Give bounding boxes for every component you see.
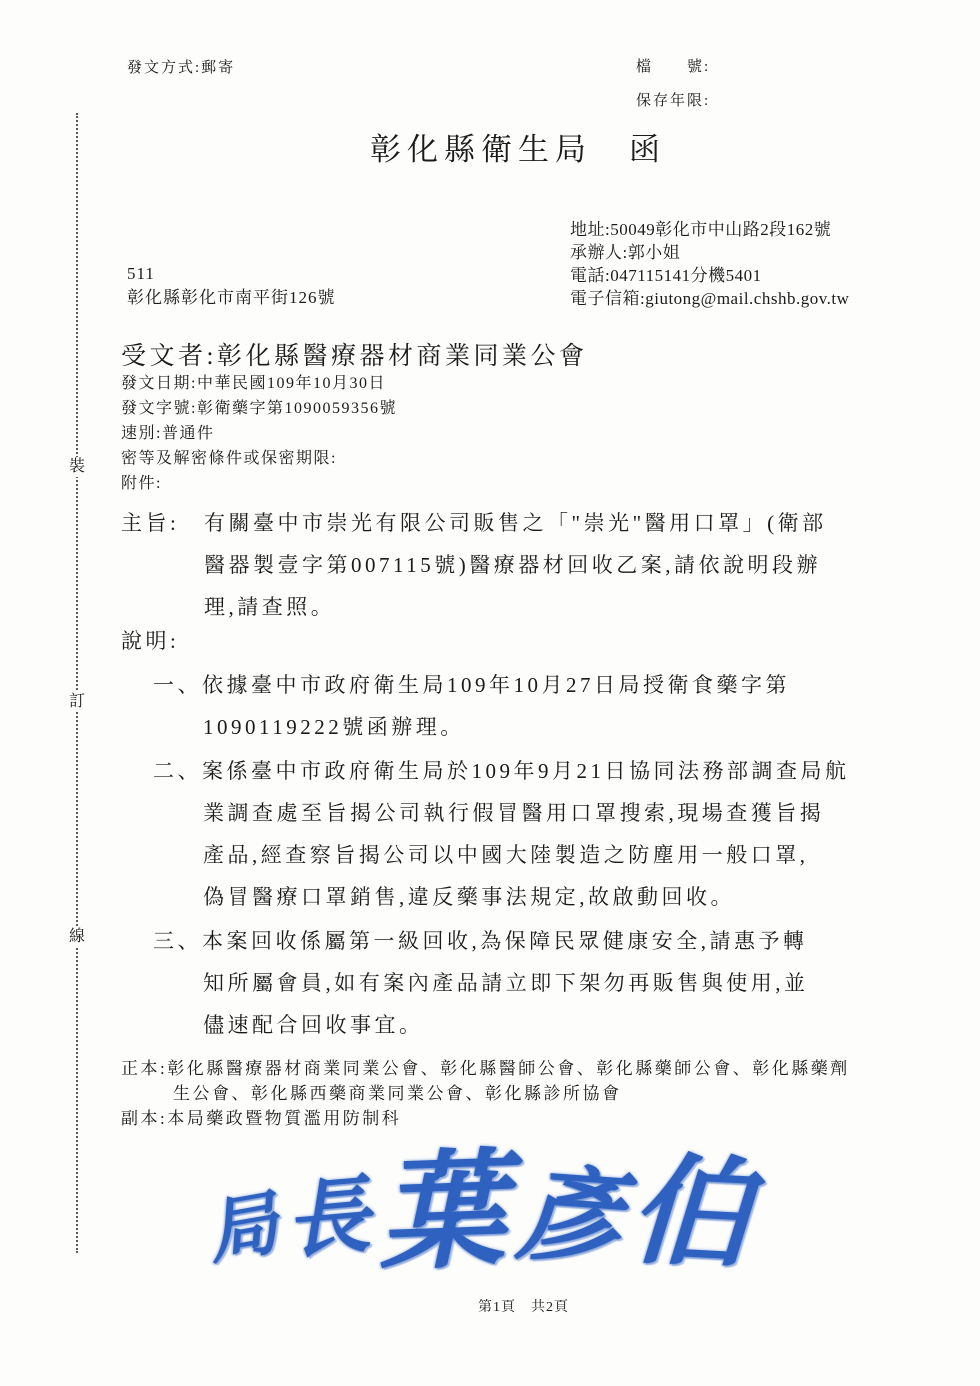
explanation-label: 說明:	[121, 620, 179, 662]
document-meta-block: 發文日期:中華民國109年10月30日 發文字號:彰衛藥字第1090059356…	[121, 371, 397, 496]
explanation-line: 1090119222號函辦理。	[203, 706, 893, 748]
original-copies-line: 正本:彰化縣醫療器材商業同業公會、彰化縣醫師公會、彰化縣藥師公會、彰化縣藥劑	[121, 1056, 850, 1081]
explanation-line: 三、本案回收係屬第一級回收,為保障民眾健康安全,請惠予轉	[153, 920, 893, 962]
signature-char: 長	[282, 1174, 373, 1265]
explanation-item-3: 三、本案回收係屬第一級回收,為保障民眾健康安全,請惠予轉 知所屬會員,如有案內產…	[153, 920, 893, 1046]
original-copies-line: 生公會、彰化縣西藥商業同業公會、彰化縣診所協會	[173, 1081, 850, 1106]
binding-dotted-line	[76, 113, 78, 1253]
signature-char: 局	[202, 1189, 283, 1270]
explanation-line: 二、案係臺中市政府衛生局於109年9月21日協同法務部調查局航	[153, 750, 893, 792]
explanation-line: 一、依據臺中市政府衛生局109年10月27日局授衛食藥字第	[153, 664, 893, 706]
explanation-line: 產品,經查察旨揭公司以中國大陸製造之防塵用一般口罩,	[203, 834, 893, 876]
issue-number: 發文字號:彰衛藥字第1090059356號	[121, 396, 397, 421]
explanation-item-2: 二、案係臺中市政府衛生局於109年9月21日協同法務部調查局航 業調查處至旨揭公…	[153, 750, 893, 918]
recipient-address-block: 511 彰化縣彰化市南平街126號	[127, 262, 336, 310]
subject-label: 主旨:	[121, 502, 179, 544]
subject-content: 有關臺中市崇光有限公司販售之「"崇光"醫用口罩」(衛部 醫器製壹字第007115…	[204, 502, 904, 628]
item-number: 一、	[153, 673, 202, 697]
binding-char-zhuang: 裝	[66, 457, 88, 477]
sender-address: 地址:50049彰化市中山路2段162號	[570, 218, 849, 241]
sender-contact-person: 承辦人:郭小姐	[570, 241, 849, 264]
signature-char: 彥	[512, 1162, 623, 1273]
explanation-line: 儘速配合回收事宜。	[203, 1004, 893, 1046]
explanation-line: 知所屬會員,如有案內產品請立即下架勿再販售與使用,並	[203, 962, 893, 1004]
item-number: 三、	[153, 929, 202, 953]
security-class: 密等及解密條件或保密期限:	[121, 446, 397, 471]
explanation-line: 業調查處至旨揭公司執行假冒醫用口罩搜索,現場查獲旨揭	[203, 792, 893, 834]
page-number-footer: 第1頁 共2頁	[478, 1296, 569, 1316]
signature-char: 伯	[627, 1150, 753, 1276]
signature-char: 葉	[377, 1148, 507, 1278]
explanation-line: 偽冒醫療口罩銷售,違反藥事法規定,故啟動回收。	[203, 876, 893, 918]
recipient-zip: 511	[127, 262, 336, 286]
director-signature-stamp: 局 長 葉 彥 伯	[205, 1126, 750, 1301]
subject-line: 醫器製壹字第007115號)醫療器材回收乙案,請依說明段辦	[204, 544, 904, 586]
subject-line: 理,請查照。	[204, 586, 904, 628]
issue-date: 發文日期:中華民國109年10月30日	[121, 371, 397, 396]
item-number: 二、	[153, 759, 202, 783]
retention-period-label: 保存年限:	[636, 89, 710, 110]
sender-phone: 電話:047115141分機5401	[570, 264, 849, 287]
explanation-item-1: 一、依據臺中市政府衛生局109年10月27日局授衛食藥字第 1090119222…	[153, 664, 893, 748]
official-letter-page: 裝 訂 線 發文方式:郵寄 檔 號: 保存年限: 彰化縣衛生局 函 地址:500…	[0, 0, 980, 1386]
speed-class: 速別:普通件	[121, 421, 397, 446]
document-title: 彰化縣衛生局 函	[0, 124, 980, 169]
sender-email: 電子信箱:giutong@mail.chshb.gov.tw	[570, 287, 849, 310]
attachment-label: 附件:	[121, 471, 397, 496]
recipient-name-line: 受文者:彰化縣醫療器材商業同業公會	[121, 336, 587, 372]
distribution-block: 正本:彰化縣醫療器材商業同業公會、彰化縣醫師公會、彰化縣藥師公會、彰化縣藥劑 生…	[121, 1056, 850, 1131]
delivery-method: 發文方式:郵寄	[127, 56, 235, 77]
recipient-street: 彰化縣彰化市南平街126號	[127, 286, 336, 310]
sender-contact-block: 地址:50049彰化市中山路2段162號 承辦人:郭小姐 電話:04711514…	[570, 218, 849, 310]
subject-line: 有關臺中市崇光有限公司販售之「"崇光"醫用口罩」(衛部	[204, 502, 904, 544]
file-number-label: 檔 號:	[636, 55, 710, 76]
binding-char-ding: 訂	[66, 692, 88, 712]
binding-char-xian: 線	[66, 927, 88, 947]
